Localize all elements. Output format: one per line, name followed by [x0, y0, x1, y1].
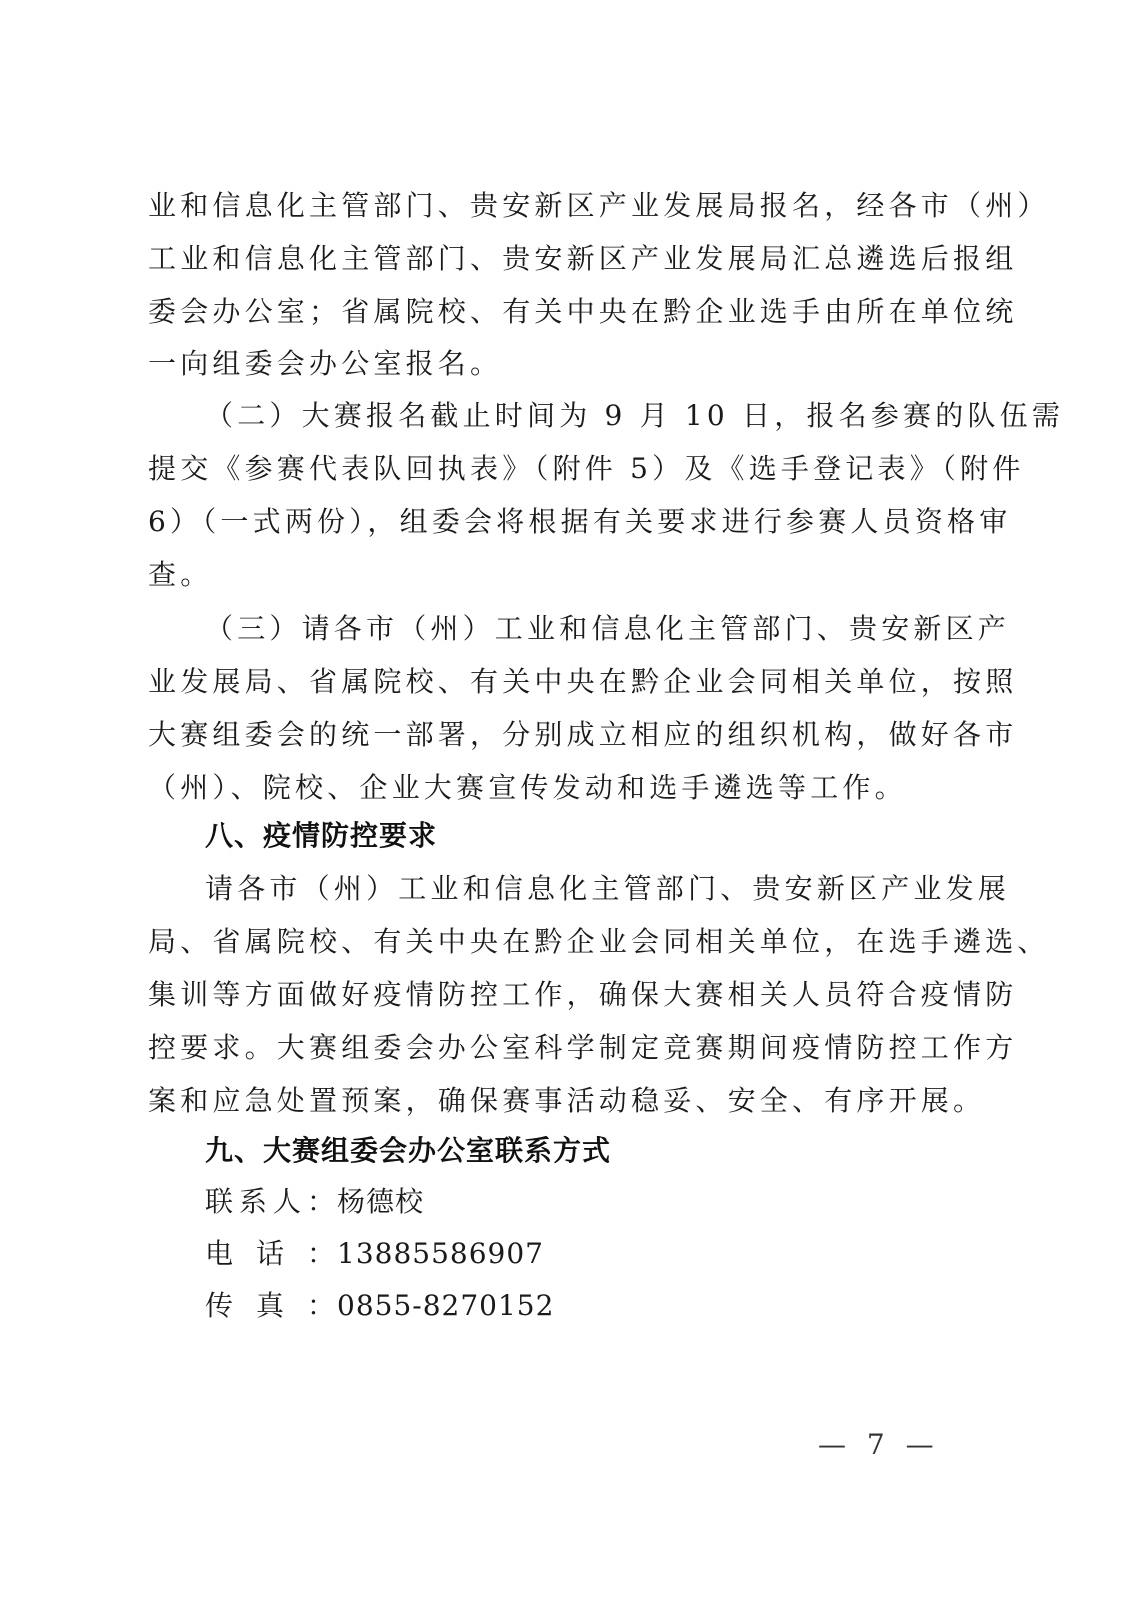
- paragraph-line: 案和应急处置预案，确保赛事活动稳妥、安全、有序开展。: [148, 1081, 953, 1121]
- paragraph-line: （州）、院校、企业大赛宣传发动和选手遴选等工作。: [148, 768, 953, 808]
- paragraph-line: 控要求。大赛组委会办公室科学制定竞赛期间疫情防控工作方: [148, 1028, 953, 1068]
- contact-fax-label: 传真：: [205, 1286, 337, 1326]
- paragraph-line: 工业和信息化主管部门、贵安新区产业发展局汇总遴选后报组: [148, 239, 953, 279]
- paragraph-line: 6）（一式两份），组委会将根据有关要求进行参赛人员资格审: [148, 502, 953, 542]
- contact-fax-value: 0855-8270152: [337, 1289, 554, 1322]
- contact-person-value: 杨德校: [337, 1185, 424, 1218]
- page-number: — 7 —: [818, 1428, 940, 1461]
- paragraph-line: 提交《参赛代表队回执表》（附件 5）及《选手登记表》（附件: [148, 449, 953, 489]
- paragraph-line: （二）大赛报名截止时间为 9 月 10 日，报名参赛的队伍需: [205, 396, 953, 436]
- section-heading-contact: 九、大赛组委会办公室联系方式: [205, 1131, 611, 1171]
- paragraph-line: 委会办公室；省属院校、有关中央在黔企业选手由所在单位统: [148, 292, 953, 332]
- paragraph-line: 集训等方面做好疫情防控工作，确保大赛相关人员符合疫情防: [148, 975, 953, 1015]
- paragraph-line: 一向组委会办公室报名。: [148, 344, 953, 384]
- contact-fax-row: 传真：0855-8270152: [205, 1286, 554, 1326]
- contact-person-label: 联系人：: [205, 1182, 337, 1222]
- section-heading-epidemic-prevention: 八、疫情防控要求: [205, 816, 437, 856]
- paragraph-line: 局、省属院校、有关中央在黔企业会同相关单位，在选手遴选、: [148, 922, 953, 962]
- paragraph-line: 业发展局、省属院校、有关中央在黔企业会同相关单位，按照: [148, 662, 953, 702]
- paragraph-line: 请各市（州）工业和信息化主管部门、贵安新区产业发展: [205, 869, 953, 909]
- contact-phone-value: 13885586907: [337, 1237, 544, 1270]
- paragraph-line: 业和信息化主管部门、贵安新区产业发展局报名，经各市（州）: [148, 186, 953, 226]
- contact-person-row: 联系人：杨德校: [205, 1182, 424, 1222]
- contact-phone-label: 电话：: [205, 1234, 337, 1274]
- paragraph-line: （三）请各市（州）工业和信息化主管部门、贵安新区产: [205, 609, 953, 649]
- paragraph-line: 大赛组委会的统一部署，分别成立相应的组织机构，做好各市: [148, 715, 953, 755]
- paragraph-line: 查。: [148, 555, 953, 595]
- contact-phone-row: 电话：13885586907: [205, 1234, 544, 1274]
